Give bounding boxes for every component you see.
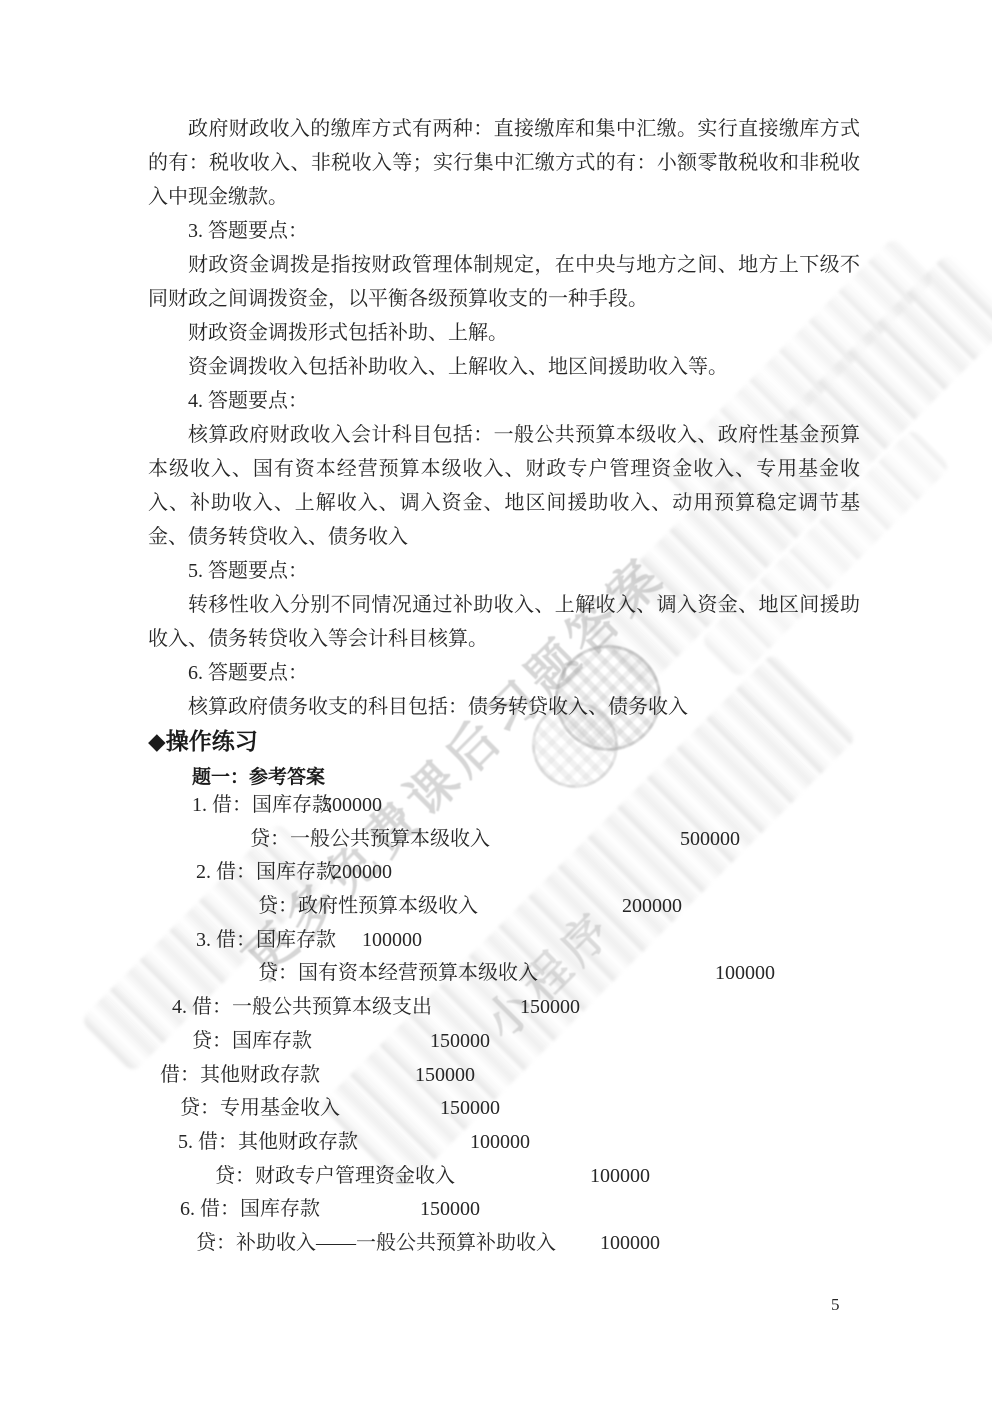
paragraph: 政府财政收入的缴库方式有两种：直接缴库和集中汇缴。实行直接缴库方式的有：税收收入… [148,112,860,214]
journal-line: 贷：财政专户管理资金收入 100000 [0,1160,992,1194]
journal-line: 贷：政府性预算本级收入 200000 [0,890,992,924]
paragraph: 资金调拨收入包括补助收入、上解收入、地区间援助收入等。 [148,350,860,384]
journal-line: 贷：一般公共预算本级收入 500000 [0,823,992,857]
list-item: 3. 答题要点： [148,214,860,248]
journal-account: 贷：专用基金收入 [180,1092,340,1126]
journal-amount: 100000 [362,924,422,958]
journal-line: 贷：补助收入——一般公共预算补助收入 100000 [0,1227,992,1261]
journal-account: 贷：补助收入——一般公共预算补助收入 [196,1227,556,1261]
journal-amount: 150000 [520,991,580,1025]
journal-account: 4. 借：一般公共预算本级支出 [172,991,432,1025]
paragraph: 核算政府债务收支的科目包括：债务转贷收入、债务收入 [148,690,860,724]
journal-account: 借：其他财政存款 [160,1059,320,1093]
body-text: 政府财政收入的缴库方式有两种：直接缴库和集中汇缴。实行直接缴库方式的有：税收收入… [148,112,860,724]
journal-amount: 500000 [680,823,740,857]
journal-amount: 150000 [440,1092,500,1126]
journal-amount: 500000 [322,789,382,823]
journal-line: 贷：国有资本经营预算本级收入 100000 [0,957,992,991]
journal-account: 贷：国有资本经营预算本级收入 [258,957,538,991]
journal-amount: 150000 [415,1059,475,1093]
journal-account: 6. 借：国库存款 [180,1193,320,1227]
journal-line: 5. 借：其他财政存款 100000 [0,1126,992,1160]
journal-entries: 1. 借：国库存款 500000 贷：一般公共预算本级收入 500000 2. … [0,789,992,1261]
document-page: 更多免费课后习题答案 小程序 政府财政收入的缴库方式有两种：直接缴库和集中汇缴。… [0,0,992,1403]
journal-account: 1. 借：国库存款 [192,789,332,823]
journal-amount: 150000 [430,1025,490,1059]
paragraph: 核算政府财政收入会计科目包括：一般公共预算本级收入、政府性基金预算本级收入、国有… [148,418,860,554]
section-heading: ◆操作练习 [148,724,258,758]
page-number: 5 [831,1295,840,1315]
journal-account: 贷：国库存款 [192,1025,312,1059]
journal-account: 贷：财政专户管理资金收入 [215,1160,455,1194]
journal-account: 3. 借：国库存款 [196,924,336,958]
journal-amount: 200000 [622,890,682,924]
journal-account: 5. 借：其他财政存款 [178,1126,358,1160]
journal-line: 1. 借：国库存款 500000 [0,789,992,823]
journal-line: 2. 借：国库存款 200000 [0,856,992,890]
journal-line: 贷：专用基金收入 150000 [0,1092,992,1126]
paragraph: 财政资金调拨是指按财政管理体制规定，在中央与地方之间、地方上下级不同财政之间调拨… [148,248,860,316]
journal-amount: 150000 [420,1193,480,1227]
journal-line: 6. 借：国库存款 150000 [0,1193,992,1227]
journal-amount: 100000 [470,1126,530,1160]
paragraph: 转移性收入分别不同情况通过补助收入、上解收入、调入资金、地区间援助收入、债务转贷… [148,588,860,656]
journal-amount: 100000 [600,1227,660,1261]
list-item: 5. 答题要点： [148,554,860,588]
list-item: 6. 答题要点： [148,656,860,690]
journal-amount: 200000 [332,856,392,890]
journal-line: 3. 借：国库存款 100000 [0,924,992,958]
journal-line: 借：其他财政存款 150000 [0,1059,992,1093]
list-item: 4. 答题要点： [148,384,860,418]
journal-amount: 100000 [715,957,775,991]
journal-account: 2. 借：国库存款 [196,856,336,890]
journal-line: 4. 借：一般公共预算本级支出 150000 [0,991,992,1025]
journal-line: 贷：国库存款 150000 [0,1025,992,1059]
journal-amount: 100000 [590,1160,650,1194]
journal-account: 贷：一般公共预算本级收入 [250,823,490,857]
journal-account: 贷：政府性预算本级收入 [258,890,478,924]
paragraph: 财政资金调拨形式包括补助、上解。 [148,316,860,350]
